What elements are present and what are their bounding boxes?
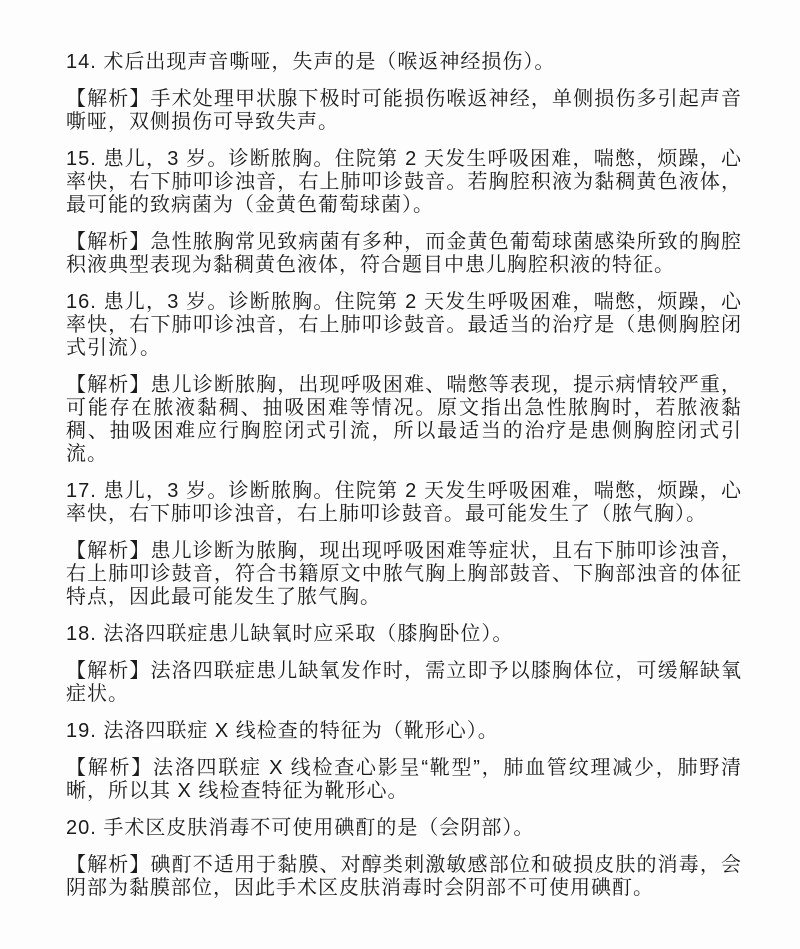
qa-item-14: 14. 术后出现声音嘶哑，失声的是（喉返神经损伤）。 【解析】手术处理甲状腺下极… <box>66 51 742 134</box>
question-16: 16. 患儿，3 岁。诊断脓胸。住院第 2 天发生呼吸困难，喘憋，烦躁，心率快，… <box>66 291 742 360</box>
qa-item-16: 16. 患儿，3 岁。诊断脓胸。住院第 2 天发生呼吸困难，喘憋，烦躁，心率快，… <box>66 291 742 466</box>
question-19: 19. 法洛四联症 X 线检查的特征为（靴形心）。 <box>66 720 742 743</box>
qa-item-20: 20. 手术区皮肤消毒不可使用碘酊的是（会阴部）。 【解析】碘酊不适用于黏膜、对… <box>66 817 742 900</box>
question-20: 20. 手术区皮肤消毒不可使用碘酊的是（会阴部）。 <box>66 817 742 840</box>
question-14: 14. 术后出现声音嘶哑，失声的是（喉返神经损伤）。 <box>66 51 742 74</box>
analysis-18: 【解析】法洛四联症患儿缺氧发作时，需立即予以膝胸体位，可缓解缺氧症状。 <box>66 660 742 706</box>
analysis-15: 【解析】急性脓胸常见致病菌有多种，而金黄色葡萄球菌感染所致的胸腔积液典型表现为黏… <box>66 231 742 277</box>
analysis-19: 【解析】法洛四联症 X 线检查心影呈“靴型”，肺血管纹理减少，肺野清晰，所以其 … <box>66 757 742 803</box>
document-page: 14. 术后出现声音嘶哑，失声的是（喉返神经损伤）。 【解析】手术处理甲状腺下极… <box>0 0 800 949</box>
analysis-14: 【解析】手术处理甲状腺下极时可能损伤喉返神经，单侧损伤多引起声音嘶哑，双侧损伤可… <box>66 88 742 134</box>
qa-item-18: 18. 法洛四联症患儿缺氧时应采取（膝胸卧位）。 【解析】法洛四联症患儿缺氧发作… <box>66 623 742 706</box>
qa-item-15: 15. 患儿，3 岁。诊断脓胸。住院第 2 天发生呼吸困难，喘憋，烦躁，心率快，… <box>66 148 742 277</box>
analysis-20: 【解析】碘酊不适用于黏膜、对醇类刺激敏感部位和破损皮肤的消毒，会阴部为黏膜部位，… <box>66 854 742 900</box>
question-15: 15. 患儿，3 岁。诊断脓胸。住院第 2 天发生呼吸困难，喘憋，烦躁，心率快，… <box>66 148 742 217</box>
qa-item-19: 19. 法洛四联症 X 线检查的特征为（靴形心）。 【解析】法洛四联症 X 线检… <box>66 720 742 803</box>
analysis-16: 【解析】患儿诊断脓胸，出现呼吸困难、喘憋等表现，提示病情较严重，可能存在脓液黏稠… <box>66 374 742 466</box>
question-17: 17. 患儿，3 岁。诊断脓胸。住院第 2 天发生呼吸困难，喘憋，烦躁，心率快，… <box>66 480 742 526</box>
analysis-17: 【解析】患儿诊断为脓胸，现出现呼吸困难等症状，且右下肺叩诊浊音，右上肺叩诊鼓音，… <box>66 540 742 609</box>
question-18: 18. 法洛四联症患儿缺氧时应采取（膝胸卧位）。 <box>66 623 742 646</box>
qa-item-17: 17. 患儿，3 岁。诊断脓胸。住院第 2 天发生呼吸困难，喘憋，烦躁，心率快，… <box>66 480 742 609</box>
